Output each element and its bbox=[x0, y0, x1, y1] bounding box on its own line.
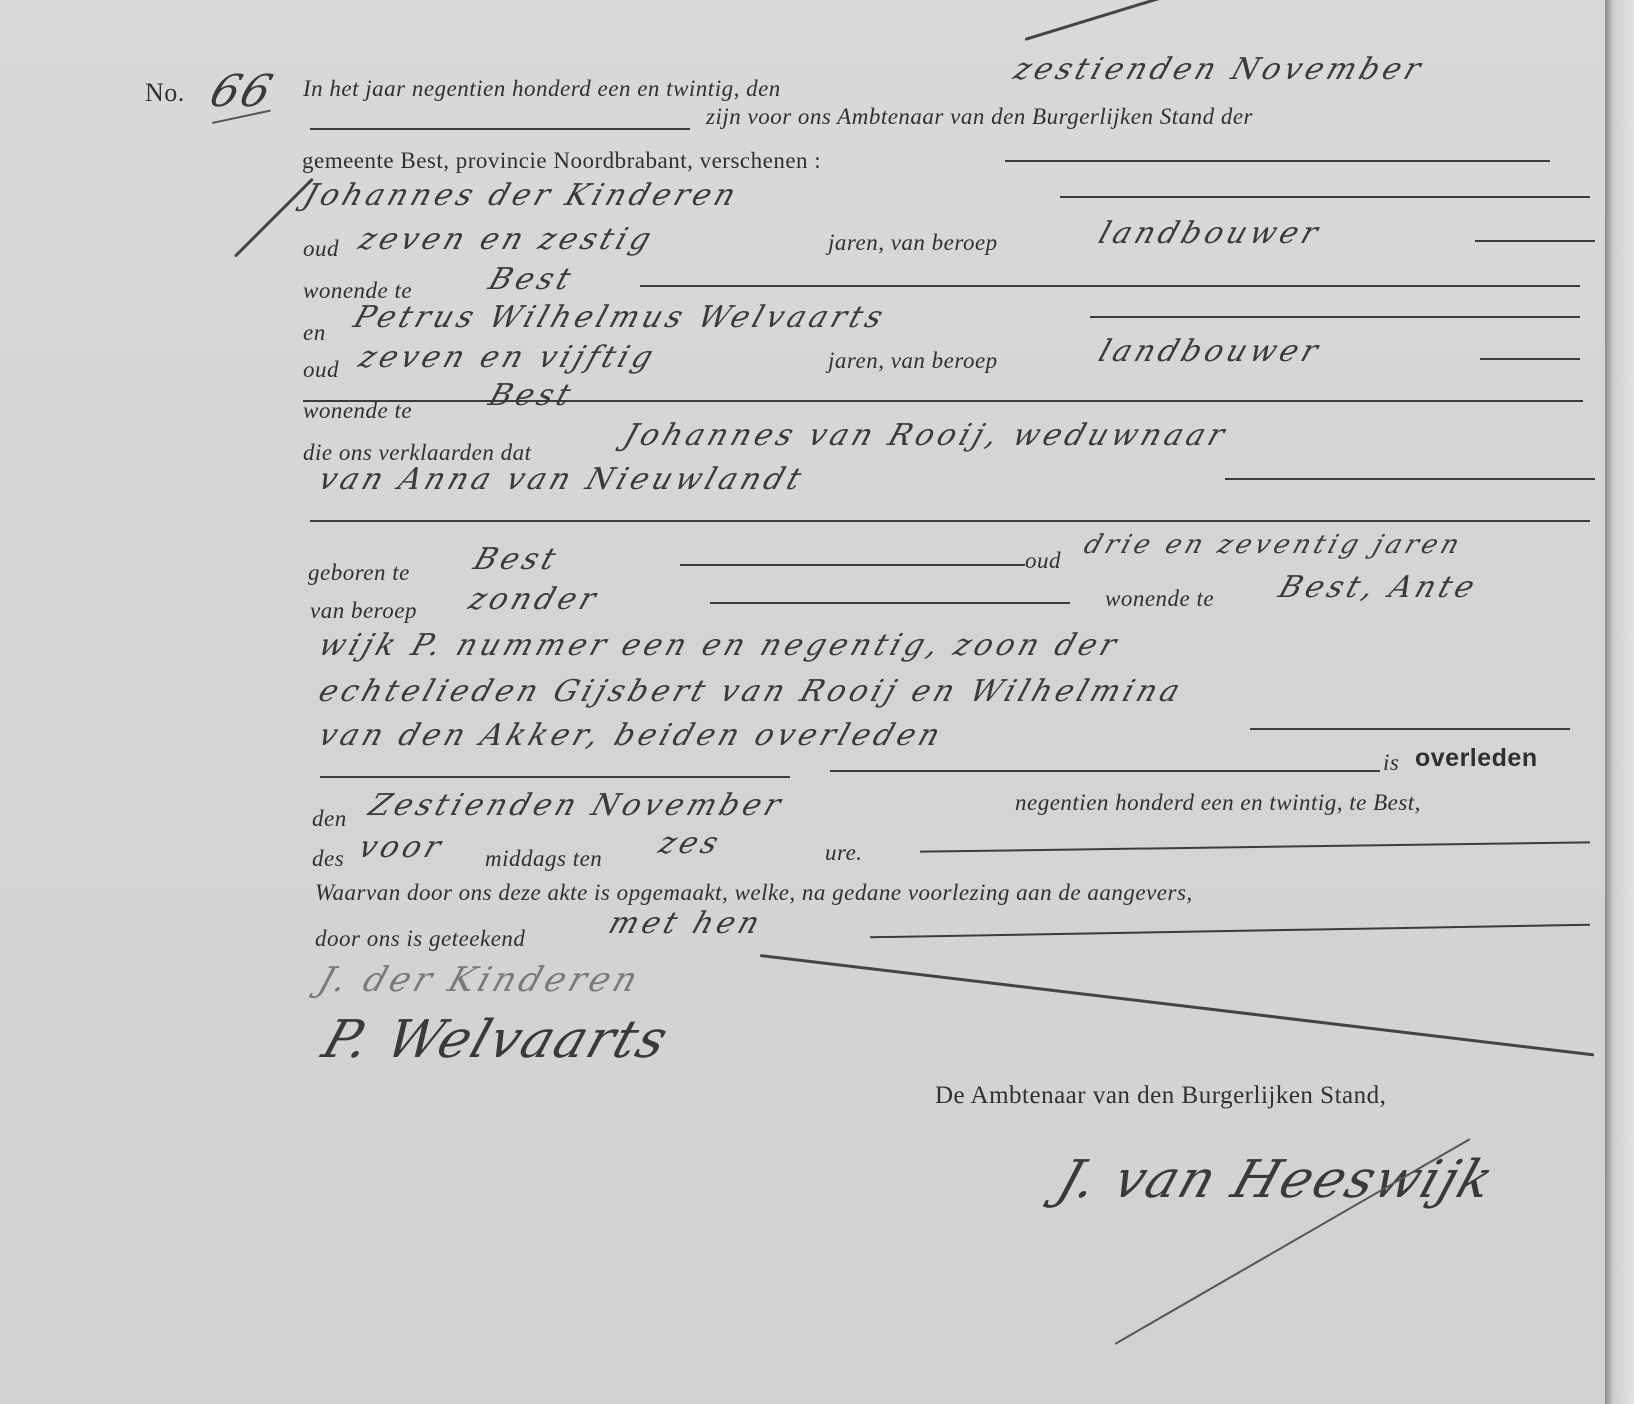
oud-label: oud bbox=[303, 236, 339, 262]
waarvan-text: Waarvan door ons deze akte is opgemaakt,… bbox=[315, 880, 1193, 906]
blank-line bbox=[830, 770, 1380, 772]
declarant2-occupation: landbouwer bbox=[1094, 334, 1326, 369]
declarant2-name: Petrus Wilhelmus Welvaarts bbox=[349, 300, 891, 335]
blank-line bbox=[310, 520, 1590, 522]
gemeente-text: gemeente Best, provincie Noordbrabant, v… bbox=[302, 148, 821, 174]
declarant2-age: zeven en vijftig bbox=[354, 340, 661, 375]
deceased-occupation: zonder bbox=[464, 582, 604, 617]
declarant2-residence: Best bbox=[484, 378, 579, 413]
ambtenaar-text: zijn voor ons Ambtenaar van den Burgerli… bbox=[706, 104, 1253, 130]
blank-line bbox=[310, 128, 690, 130]
van-beroep-label: van beroep bbox=[310, 598, 417, 624]
death-date: Zestienden November bbox=[364, 788, 789, 823]
death-year-place: negentien honderd een en twintig, te Bes… bbox=[1015, 790, 1421, 816]
time-of-day: voor bbox=[354, 830, 449, 865]
deceased-parents-2: van den Akker, beiden overleden bbox=[314, 718, 948, 753]
date-day-month: zestienden November bbox=[1009, 52, 1429, 87]
des-label: des bbox=[312, 846, 344, 872]
blank-line bbox=[710, 602, 1070, 604]
jaren-beroep-label-2: jaren, van beroep bbox=[828, 348, 998, 374]
blank-line bbox=[680, 564, 1025, 566]
declarant1-occupation: landbouwer bbox=[1094, 216, 1326, 251]
is-label: is bbox=[1383, 750, 1399, 776]
oud-label-2: oud bbox=[303, 357, 339, 383]
official-title: De Ambtenaar van den Burgerlijken Stand, bbox=[935, 1082, 1386, 1110]
blank-line bbox=[1225, 478, 1595, 480]
deceased-parents-1: echtelieden Gijsbert van Rooij en Wilhel… bbox=[314, 674, 1188, 709]
ure-label: ure. bbox=[825, 840, 863, 866]
signed-with: met hen bbox=[604, 906, 768, 941]
signature-declarant1: J. der Kinderen bbox=[314, 960, 647, 1000]
declarant1-residence: Best bbox=[484, 262, 579, 297]
oud-label-3: oud bbox=[1025, 548, 1061, 574]
blank-line bbox=[1480, 358, 1580, 360]
death-hour: zes bbox=[654, 826, 726, 861]
geboren-label: geboren te bbox=[308, 560, 410, 586]
overleden-label: overleden bbox=[1415, 744, 1538, 773]
blank-line bbox=[1475, 240, 1595, 242]
blank-line bbox=[320, 776, 790, 778]
birthplace: Best bbox=[469, 542, 564, 577]
wonende-label-2: wonende te bbox=[303, 398, 412, 424]
middags-label: middags ten bbox=[485, 846, 602, 872]
jaren-beroep-label: jaren, van beroep bbox=[828, 230, 998, 256]
declarant1-name: Johannes der Kinderen bbox=[299, 178, 744, 213]
en-label: en bbox=[303, 320, 326, 346]
blank-line bbox=[1090, 316, 1580, 318]
geteekend-label: door ons is geteekend bbox=[315, 926, 525, 952]
declarant1-age: zeven en zestig bbox=[354, 222, 659, 257]
deceased-age: drie en zeventig jaren bbox=[1080, 530, 1467, 560]
den-label: den bbox=[312, 806, 347, 832]
wonende-label-3: wonende te bbox=[1105, 586, 1214, 612]
record-number-label: No. bbox=[145, 78, 185, 108]
signature-declarant2: P. Welvaarts bbox=[315, 1010, 676, 1070]
blank-line bbox=[1005, 160, 1550, 162]
blank-line bbox=[1060, 196, 1590, 198]
intro-text: In het jaar negentien honderd een en twi… bbox=[303, 76, 781, 102]
blank-line bbox=[1250, 728, 1570, 730]
deceased-address: wijk P. nummer een en negentig, zoon der bbox=[314, 628, 1124, 663]
deceased-name: Johannes van Rooij, weduwnaar bbox=[619, 418, 1232, 453]
deceased-residence: Best, Ante bbox=[1274, 570, 1482, 605]
page-edge bbox=[1605, 0, 1634, 1404]
deceased-spouse: van Anna van Nieuwlandt bbox=[314, 462, 809, 497]
blank-line bbox=[640, 285, 1580, 287]
